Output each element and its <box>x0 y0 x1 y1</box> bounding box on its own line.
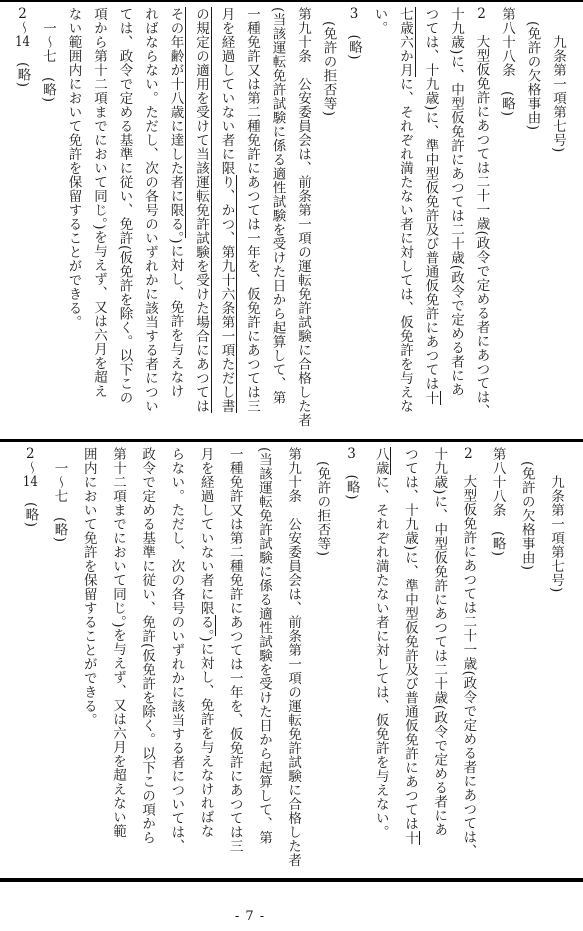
text-segment: 十九歳)に、中型仮免許にあつては二十歳(政令で定める者にあ <box>431 447 447 837</box>
page-number: - 7 - <box>0 909 500 924</box>
text-column: 十九歳)に、中型仮免許にあつては二十歳(政令で定める者にあ <box>424 447 453 874</box>
text-segment: 一〜七 (略) <box>52 447 68 543</box>
digit-group: 14 <box>22 475 38 489</box>
text-segment: (略) <box>22 488 38 528</box>
text-segment: 九条第一項第七号) <box>548 447 564 593</box>
text-segment: )に対し、免許を与えなけ <box>168 238 184 398</box>
text-segment: ればならない。ただし、次の各号のいずれかに該当する者につい <box>142 7 158 413</box>
text-column: (免許の拒否等) <box>315 7 341 435</box>
text-column: つては、十九歳)に、準中型仮免許及び普通仮免許にあつては十 <box>417 7 443 435</box>
text-column: 一種免許又は第二種免許にあつては一年を、仮免許にあつては三 <box>220 447 249 874</box>
text-segment: 〜 <box>15 21 31 35</box>
text-segment: (免許の欠格事由) <box>525 7 541 131</box>
text-segment: 月を経過していない者に限 <box>219 7 235 175</box>
text-column: 2 大型仮免許にあつては二十一歳(政令で定める者にあつては、 <box>453 447 482 874</box>
text-column: 月を経過していない者に限り、かつ、第九十六条第一項ただし書 <box>213 7 239 435</box>
text-column: 3 (略) <box>336 447 365 874</box>
text-column: 八歳に、それぞれ満たない者に対しては、仮免許を与えない。 <box>366 447 395 874</box>
text-column: 九条第一項第七号) <box>545 7 571 435</box>
text-column: 囲内において免許を保留することができる。 <box>74 447 103 874</box>
text-segment: (当該運転免許試験に係る適性試験を受けた日から起算して、第 <box>270 7 286 405</box>
text-segment: ては、政令で定める基準に従い、免許(仮免許を除く。以下この <box>117 7 133 405</box>
text-segment: (当該運転免許試験に係る適性試験を受けた日から起算して、第 <box>256 447 272 845</box>
text-segment: らない。ただし、次の各号のいずれかに該当する者については、 <box>168 447 184 853</box>
text-column: 七歳六か月に、それぞれ満たない者に対しては、仮免許を与えな <box>392 7 418 435</box>
text-column: ない範囲内において免許を保留することができる。 <box>60 7 86 435</box>
upper-text-cell: 九条第一項第七号) (免許の欠格事由)第八十八条 (略)2 大型仮免許にあつては… <box>0 2 583 439</box>
text-column: つては、十九歳)に、準中型仮免許及び普通仮免許にあつては十 <box>395 447 424 874</box>
text-segment: 十九歳)に、中型仮免許にあつては二十歳(政令で定める者にあ <box>448 7 464 397</box>
text-segment: )に対し、免許を与えなければな <box>198 636 214 838</box>
change-mark: 七歳六か月 <box>397 7 416 77</box>
text-column: 十九歳)に、中型仮免許にあつては二十歳(政令で定める者にあ <box>443 7 469 435</box>
text-segment: 一種免許又は第二種免許にあつては一年を、仮免許にあつては三 <box>244 7 260 413</box>
text-column: 2〜14 (略) <box>9 7 35 435</box>
text-column: らない。ただし、次の各号のいずれかに該当する者については、 <box>161 447 190 874</box>
text-segment: 九条第一項第七号) <box>550 7 566 153</box>
text-column: 月を経過していない者に限る。)に対し、免許を与えなければな <box>190 447 219 874</box>
text-segment: 第八十八条 (略) <box>499 7 515 117</box>
change-mark: その年齢が十八歳に達した者に限る。 <box>168 7 187 238</box>
text-column: 第八十八条 (略) <box>482 447 511 874</box>
text-column: (当該運転免許試験に係る適性試験を受けた日から起算して、第 <box>264 7 290 435</box>
page: 九条第一項第七号) (免許の欠格事由)第八十八条 (略)2 大型仮免許にあつては… <box>0 0 583 931</box>
text-segment: 一〜七 (略) <box>40 7 56 103</box>
change-mark: 十 <box>402 831 421 845</box>
text-column: い。 <box>366 7 392 435</box>
text-column: の規定の適用を受けて当該運転免許試験を受けた場合にあつては <box>188 7 214 435</box>
lower-text-cell: 九条第一項第七号) (免許の欠格事由)第八十八条 (略)2 大型仮免許にあつては… <box>0 442 583 878</box>
text-column: 一種免許又は第二種免許にあつては一年を、仮免許にあつては三 <box>239 7 265 435</box>
text-segment: 第八十八条 (略) <box>490 447 506 557</box>
change-mark: 八歳 <box>373 447 392 475</box>
text-column: 一〜七 (略) <box>44 447 73 874</box>
text-segment: (免許の欠格事由) <box>519 447 535 571</box>
text-column: ればならない。ただし、次の各号のいずれかに該当する者につい <box>137 7 163 435</box>
text-column: その年齢が十八歳に達した者に限る。)に対し、免許を与えなけ <box>162 7 188 435</box>
text-segment: 〜 <box>22 461 38 475</box>
text-segment: つては、十九歳)に、準中型仮免許及び普通仮免許にあつては <box>423 7 439 391</box>
text-column: (免許の欠格事由) <box>519 7 545 435</box>
change-mark: 十 <box>423 391 442 405</box>
text-column: 第十二項までにおいて同じ。)を与えず、又は六月を超えない範 <box>103 447 132 874</box>
text-column: (当該運転免許試験に係る適性試験を受けた日から起算して、第 <box>249 447 278 874</box>
digit-group: 3 <box>346 7 362 21</box>
text-segment: 一種免許又は第二種免許にあつては一年を、仮免許にあつては三 <box>227 447 243 853</box>
text-segment: 第十二項までにおいて同じ。)を与えず、又は六月を超えない範 <box>110 447 126 838</box>
digit-group: 2 <box>15 7 31 21</box>
text-column: 一〜七 (略) <box>35 7 61 435</box>
change-mark: の規定の適用を受けて当該運転免許試験を受けた場合にあつては <box>193 7 212 413</box>
text-segment: 月を経過していない者に限 <box>198 447 214 615</box>
text-column: 政令で定める基準に従い、免許(仮免許を除く。以下この項から <box>132 447 161 874</box>
change-mark: る。 <box>198 615 217 636</box>
text-segment: 大型仮免許にあつては二十一歳(政令で定める者にあつては、 <box>460 461 476 859</box>
text-segment: (免許の拒否等) <box>321 7 337 117</box>
digit-group: 2 <box>474 7 490 21</box>
text-column: ては、政令で定める基準に従い、免許(仮免許を除く。以下この <box>111 7 137 435</box>
text-segment: 政令で定める基準に従い、免許(仮免許を除く。以下この項から <box>139 447 155 845</box>
digit-group: 2 <box>22 447 38 461</box>
text-column: 項から第十二項までにおいて同じ。)を与えず、又は六月を超え <box>86 7 112 435</box>
text-segment: 第九十条 公安委員会は、前条第一項の運転免許試験に合格した者 <box>295 7 311 427</box>
text-column: (免許の欠格事由) <box>512 447 541 874</box>
text-column: 2〜14 (略) <box>15 447 44 874</box>
text-segment: 第九十条 公安委員会は、前条第一項の運転免許試験に合格した者 <box>285 447 301 867</box>
text-segment: ない範囲内において免許を保留することができる。 <box>66 7 82 329</box>
digit-group: 2 <box>460 447 476 461</box>
text-column: 第九十条 公安委員会は、前条第一項の運転免許試験に合格した者 <box>290 7 316 435</box>
text-segment: (略) <box>346 21 362 61</box>
text-column: 九条第一項第七号) <box>541 447 570 874</box>
text-segment: (免許の拒否等) <box>314 447 330 557</box>
text-segment: 囲内において免許を保留することができる。 <box>81 447 97 727</box>
text-segment: (略) <box>15 48 31 88</box>
digit-group: 14 <box>15 35 31 49</box>
text-segment: 大型仮免許にあつては二十一歳(政令で定める者にあつては、 <box>474 21 490 419</box>
digit-group: 3 <box>344 447 360 461</box>
text-segment: に、それぞれ満たない者に対しては、仮免許を与えな <box>397 77 413 413</box>
change-mark: り、かつ、第九十六条第一項ただし書 <box>219 175 238 413</box>
text-column: 2 大型仮免許にあつては二十一歳(政令で定める者にあつては、 <box>468 7 494 435</box>
text-segment: (略) <box>344 461 360 501</box>
text-column: (免許の拒否等) <box>307 447 336 874</box>
text-segment: つては、十九歳)に、準中型仮免許及び普通仮免許にあつては <box>402 447 418 831</box>
text-segment: い。 <box>372 7 388 35</box>
text-segment: に、それぞれ満たない者に対しては、仮免許を与えない。 <box>373 475 389 839</box>
text-segment: 項から第十二項までにおいて同じ。)を与えず、又は六月を超え <box>91 7 107 398</box>
text-column: 3 (略) <box>341 7 367 435</box>
table-border-bottom <box>0 878 583 882</box>
text-column: 第八十八条 (略) <box>494 7 520 435</box>
text-column: 第九十条 公安委員会は、前条第一項の運転免許試験に合格した者 <box>278 447 307 874</box>
